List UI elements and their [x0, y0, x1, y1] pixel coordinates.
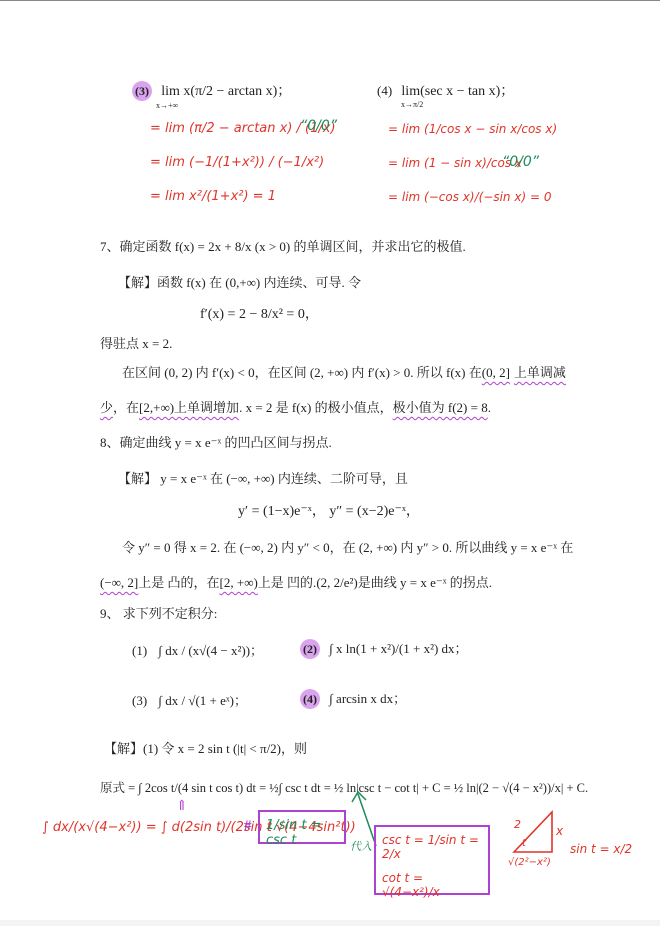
problem-7-line-1-text: 在区间 (0, 2) 内 f′(x) < 0，在区间 (2, +∞) 内 f′(…: [122, 365, 482, 380]
problem-7-line-2: 少，在[2,+∞)上单调增加. x = 2 是 f(x) 的极小值点，极小值为 …: [100, 397, 491, 416]
text-in: ，在: [113, 400, 139, 415]
integral-1-expr: ∫ dx / (x√(4 − x²))；: [158, 643, 263, 658]
integral-2-label: (2): [300, 639, 320, 659]
part-3-limit-sub: x→+∞: [156, 101, 291, 110]
problem-7-solution-intro: 【解】函数 f(x) 在 (0,+∞) 内连续、可导. 令: [118, 272, 361, 291]
triangle-diagram-icon: [510, 808, 560, 858]
integral-4-expr: ∫ arcsin x dx；: [329, 691, 406, 706]
identity-text: 1/sin t = csc t: [260, 812, 344, 854]
part-3-step-2: = lim (−1/(1+x²)) / (−1/x²): [150, 146, 336, 180]
identity-box: 1/sin t = csc t: [258, 810, 346, 844]
csc-relation: csc t = 1/sin t = 2/x: [376, 827, 488, 861]
sin-relation: sin t = x/2: [570, 842, 632, 856]
part-3-expr: lim x(π/2 − arctan x)；: [161, 84, 291, 99]
hash-mark: #: [244, 818, 252, 835]
integral-3-label: (3): [132, 693, 147, 708]
min-point-text: . x = 2 是 f(x) 的极小值点，: [239, 400, 393, 415]
convex-interval: [2, +∞): [220, 575, 258, 590]
triangle-angle: t: [522, 838, 526, 849]
problem-9-solution-intro: 【解】(1) 令 x = 2 sin t (|t| < π/2)，则: [104, 738, 307, 757]
problem-9-title: 9、 求下列不定积分:: [100, 603, 217, 622]
integral-4: (4) ∫ arcsin x dx；: [300, 688, 406, 709]
interval-increase: [2,+∞): [139, 400, 174, 415]
triangle-hypotenuse: 2: [514, 818, 521, 831]
triangle-adjacent: √(2²−x²): [508, 857, 551, 868]
integral-3: (3) ∫ dx / √(1 + eˣ)；: [132, 690, 247, 709]
part-4-expr: lim(sec x − tan x)；: [401, 84, 514, 99]
inflection-point: (2, 2/e²): [316, 575, 357, 590]
problem-8-title: 8、确定曲线 y = x e⁻ˣ 的凹凸区间与拐点.: [100, 432, 332, 451]
decrease-label-end: 少: [100, 400, 113, 415]
problem-8-line-1: 令 y″ = 0 得 x = 2. 在 (−∞, 2) 内 y″ < 0，在 (…: [122, 537, 573, 556]
problem-8-line-2: (−∞, 2]上是 凸的，在[2, +∞)上是 凹的.(2, 2/e²)是曲线 …: [100, 572, 492, 591]
problem-7-derivative: f′(x) = 2 − 8/x² = 0，: [200, 303, 319, 323]
part-4-header: (4) lim(sec x − tan x)； x→π/2: [377, 80, 514, 109]
convex-text: 上是 凹的.: [258, 575, 317, 590]
part-4-limit-sub: x→π/2: [401, 100, 514, 109]
problem-8-derivatives: y′ = (1−x)e⁻ˣ， y″ = (x−2)e⁻ˣ，: [238, 500, 420, 520]
part-3-label: (3): [132, 81, 152, 101]
up-arrow-icon: ⇑: [176, 798, 188, 815]
integral-4-label: (4): [300, 689, 320, 709]
part-4-step-3: = lim (−cos x)/(−sin x) = 0: [388, 180, 557, 214]
increase-label: 上单调增加: [174, 400, 239, 415]
min-value: 极小值为 f(2) = 8: [393, 400, 488, 415]
problem-7-line-1: 在区间 (0, 2) 内 f′(x) < 0，在区间 (2, +∞) 内 f′(…: [122, 362, 566, 381]
triangle-opposite: x: [556, 824, 563, 838]
bottom-bar: [0, 920, 660, 926]
cot-relation: cot t = √(4−x²)/x: [376, 861, 488, 899]
period: .: [488, 400, 491, 415]
problem-8-solution-intro: 【解】 y = x e⁻ˣ 在 (−∞, +∞) 内连续、二阶可导，且: [118, 468, 408, 487]
problem-7-title: 7、确定函数 f(x) = 2x + 8/x (x > 0) 的单调区间，并求出…: [100, 236, 466, 255]
substitute-mark: 代入: [350, 838, 372, 854]
integral-2: (2) ∫ x ln(1 + x²)/(1 + x²) dx；: [300, 638, 468, 659]
concave-interval: (−∞, 2]: [100, 575, 138, 590]
inflection-text: 是曲线 y = x e⁻ˣ 的拐点.: [358, 575, 492, 590]
integral-1: (1) ∫ dx / (x√(4 − x²))；: [132, 640, 263, 659]
integral-2-expr: ∫ x ln(1 + x²)/(1 + x²) dx；: [329, 641, 467, 656]
part-4-step-1: = lim (1/cos x − sin x/cos x): [388, 112, 557, 146]
concave-text: 上是 凸的，在: [138, 575, 219, 590]
top-border: [0, 0, 660, 1]
interval-decrease: (0, 2]: [482, 365, 510, 380]
integral-3-expr: ∫ dx / √(1 + eˣ)；: [158, 693, 247, 708]
decrease-label: 上单调减: [514, 365, 566, 380]
part-3-step-3: = lim x²/(1+x²) = 1: [150, 180, 336, 214]
part-3-indeterminate-note: “0/0”: [300, 118, 337, 134]
part-4-label: (4): [377, 83, 392, 98]
problem-7-stationary-point: 得驻点 x = 2.: [100, 333, 172, 352]
part-4-indeterminate-note: “0/0”: [502, 154, 539, 170]
csc-cot-box: csc t = 1/sin t = 2/x cot t = √(4−x²)/x: [374, 825, 490, 895]
problem-9-solution-line: 原式 = ∫ 2cos t/(4 sin t cos t) dt = ½∫ cs…: [100, 778, 588, 796]
integral-1-label: (1): [132, 643, 147, 658]
part-3-header: (3) lim x(π/2 − arctan x)； x→+∞: [132, 80, 291, 110]
